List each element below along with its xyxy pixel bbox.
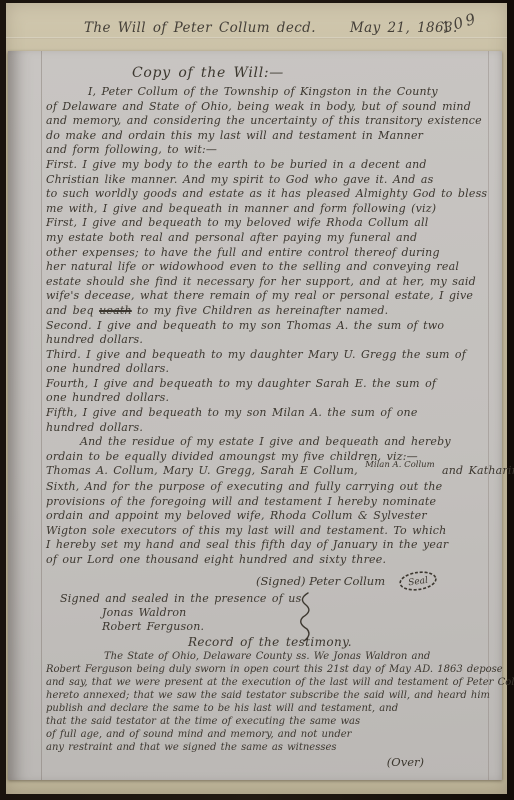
- will-line: of our Lord one thousand eight hundred a…: [46, 553, 486, 568]
- will-line: me with, I give and bequeath in manner a…: [46, 202, 486, 217]
- will-line: of Delaware and State of Ohio, being wea…: [46, 100, 486, 115]
- witness-list: Jonas WaldronRobert Ferguson.: [46, 606, 486, 633]
- will-line: First. I give my body to the earth to be…: [46, 158, 486, 173]
- will-line: Fifth, I give and bequeath to my son Mil…: [46, 406, 486, 421]
- will-line: Second. I give and bequeath to my son Th…: [46, 319, 486, 334]
- line-part: Thomas A. Collum, Mary U. Gregg, Sarah E…: [46, 464, 358, 477]
- will-line: Thomas A. Collum, Mary U. Gregg, Sarah E…: [46, 464, 486, 480]
- will-line: other expenses; to have the full and ent…: [46, 246, 486, 261]
- will-line: and beq ueath to my five Children as her…: [46, 304, 486, 319]
- seal-label: Seal: [408, 575, 429, 588]
- will-line: hundred dollars.: [46, 421, 486, 436]
- will-line: Sixth, And for the purpose of executing …: [46, 480, 486, 495]
- over-note: (Over): [46, 755, 486, 769]
- will-line: and form following, to wit:—: [46, 143, 486, 158]
- page-number: 109: [440, 9, 481, 37]
- will-line: one hundred dollars.: [46, 391, 486, 406]
- will-title: The Will of Peter Collum decd.: [84, 20, 316, 36]
- line-part: and Katharine White.: [442, 464, 514, 477]
- will-line: wife's decease, what there remain of my …: [46, 289, 486, 304]
- signature-line: (Signed) Peter Collum Seal: [256, 571, 486, 591]
- testimony-section: Record of the testimony. The State of Oh…: [46, 635, 486, 769]
- will-line: and memory, and considering the uncertai…: [46, 114, 486, 129]
- testimony-body: The State of Ohio, Delaware County ss. W…: [46, 650, 486, 754]
- testimony-line: of full age, and of sound mind and memor…: [46, 728, 486, 741]
- will-line: provisions of the foregoing will and tes…: [46, 495, 486, 510]
- line-part: to my five Children as hereinafter named…: [137, 304, 388, 317]
- will-line: Wigton sole executors of this my last wi…: [46, 524, 486, 539]
- witness-name: Robert Ferguson.: [102, 620, 486, 634]
- will-line: First, I give and bequeath to my beloved…: [46, 216, 486, 231]
- testimony-line: Robert Ferguson being duly sworn in open…: [46, 663, 486, 676]
- manuscript-content: Copy of the Will:— I, Peter Collum of th…: [46, 60, 486, 769]
- seal-icon: Seal: [396, 567, 441, 595]
- will-line: to such worldly goods and estate as it h…: [46, 187, 486, 202]
- will-line: estate should she find it necessary for …: [46, 275, 486, 290]
- will-line: And the residue of my estate I give and …: [46, 435, 486, 450]
- will-line: hundred dollars.: [46, 333, 486, 348]
- testimony-heading: Record of the testimony.: [188, 635, 486, 649]
- page-header-title: The Will of Peter Collum decd.May 21, 18…: [84, 20, 458, 36]
- paper-crease: [6, 37, 507, 39]
- will-line: my estate both real and personal after p…: [46, 231, 486, 246]
- copy-of-will-heading: Copy of the Will:—: [132, 65, 486, 81]
- will-line: I hereby set my hand and seal this fifth…: [46, 538, 486, 553]
- line-part: and beq: [46, 304, 94, 317]
- testimony-line: that the said testator at the time of ex…: [46, 715, 486, 728]
- will-line: Christian like manner. And my spirit to …: [46, 173, 486, 188]
- will-line: ordain and appoint my beloved wife, Rhod…: [46, 509, 486, 524]
- testator-signature: (Signed) Peter Collum: [256, 574, 385, 588]
- testimony-line: any restraint and that we signed the sam…: [46, 741, 486, 754]
- will-line: Third. I give and bequeath to my daughte…: [46, 348, 486, 363]
- line-part-inserted: Milan A. Collum: [365, 458, 435, 473]
- line-part-strike: ueath: [99, 304, 132, 317]
- testimony-line: publish and declare the same to be his l…: [46, 702, 486, 715]
- will-line: her natural life or widowhood even to th…: [46, 260, 486, 275]
- testimony-line: and say, that we were present at the exe…: [46, 676, 486, 689]
- scanned-will-page: { "page": { "number": "109", "title": "T…: [0, 0, 514, 800]
- will-body: I, Peter Collum of the Township of Kings…: [46, 85, 486, 568]
- testimony-line: The State of Ohio, Delaware County ss. W…: [46, 650, 486, 663]
- will-line: one hundred dollars.: [46, 362, 486, 377]
- will-line: Fourth, I give and bequeath to my daught…: [46, 377, 486, 392]
- witness-brace-icon: [296, 592, 314, 642]
- testimony-line: hereto annexed; that we saw the said tes…: [46, 689, 486, 702]
- attestation-block: Signed and sealed in the presence of us …: [46, 592, 486, 634]
- attestation-intro: Signed and sealed in the presence of us: [60, 592, 486, 607]
- witness-name: Jonas Waldron: [102, 606, 486, 620]
- will-line: I, Peter Collum of the Township of Kings…: [46, 85, 486, 100]
- manuscript-page: Copy of the Will:— I, Peter Collum of th…: [8, 51, 502, 780]
- backing-sheet: The Will of Peter Collum decd.May 21, 18…: [6, 3, 507, 794]
- will-line: do make and ordain this my last will and…: [46, 129, 486, 144]
